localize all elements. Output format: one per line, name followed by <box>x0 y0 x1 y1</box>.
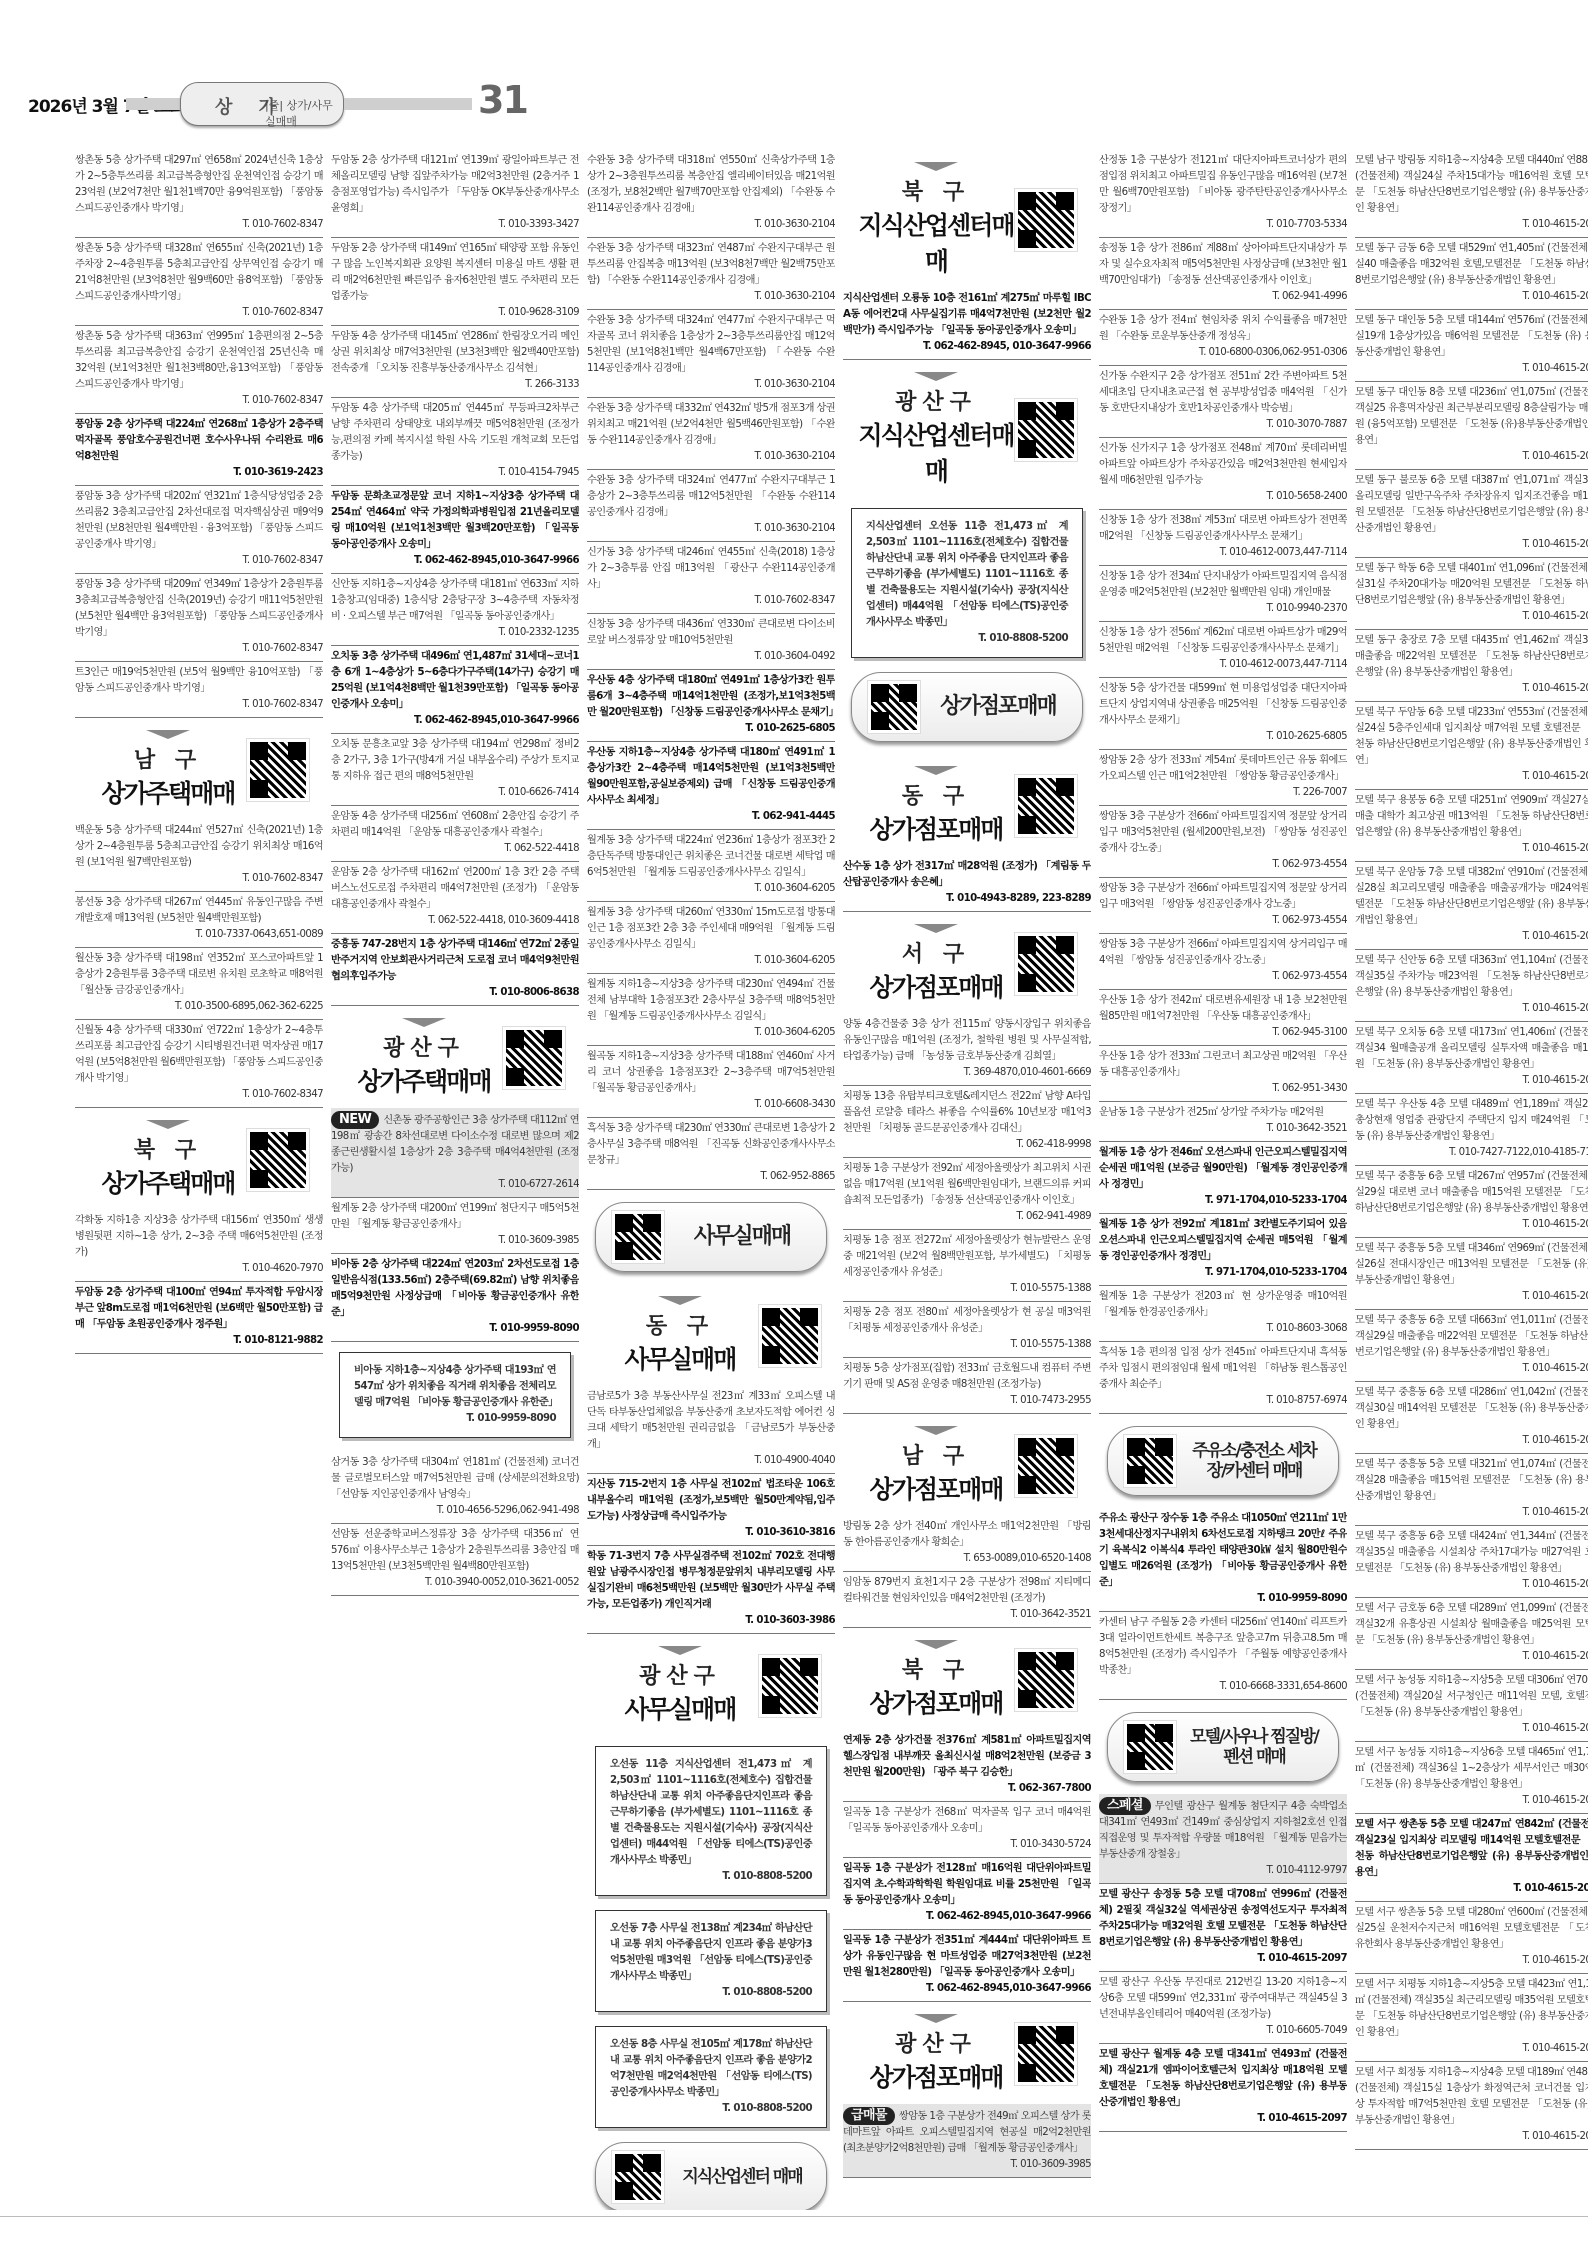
listing-phone: T. 010-3630-2104 <box>587 521 835 537</box>
listing-ad: 쌍촌동 5층 상가주택 대363㎡ 연995㎡ 1층편의점 2~5층투쓰리룸 최… <box>75 326 323 414</box>
listing-phone: T. 010-3609-3985 <box>331 1233 579 1249</box>
listing-phone: T. 010-4615-2097 <box>1355 1361 1588 1377</box>
listing-text: 두암동 2층 상가주택 대121㎡ 연139㎡ 광일아파트부근 전체올리모델링 … <box>331 155 579 214</box>
listing-text: 신창동 1층 상가 전56㎡ 계62㎡ 대로변 아파트상가 매29억5천만원 매… <box>1099 627 1347 654</box>
listing-ad: 쌍암동 3층 구분상가 전66㎡ 아파트밀집지역 정문앞 상거리입구 매3억5천… <box>1099 806 1347 878</box>
qr-code-icon[interactable] <box>247 739 309 801</box>
listing-phone: T. 062-522-4418, 010-3609-4418 <box>331 913 579 929</box>
category-name: 상가점포매매 <box>857 968 1015 1004</box>
listing-phone: T. 226-7007 <box>1099 785 1347 801</box>
listing-text: 모텔 북구 두암동 6층 모텔 대233㎡ 연553㎡ (건물전체) 객실24실… <box>1355 707 1588 766</box>
listing-ad: 운암동 2층 상가주택 대162㎡ 연200㎡ 1층 3칸 2층 주택 버스노선… <box>331 862 579 934</box>
down-arrow-icon <box>914 162 958 171</box>
district-name: 북 구 <box>89 1133 247 1164</box>
listing-ad: 두암동 4층 상가주택 대205㎡ 연445㎡ 무등파크2차부근 남향 주차편리… <box>331 398 579 486</box>
qr-code-icon[interactable] <box>1015 399 1077 461</box>
listing-phone: T. 653-0089,010-6520-1408 <box>843 1551 1091 1567</box>
listing-text: 모텔 서구 금호동 6층 모텔 대289㎡ 연1,099㎡ (건물전체) 객실3… <box>1355 1603 1588 1646</box>
listing-ad: 월계동 3층 상가주택 대224㎡ 연236㎡ 1층상가 점포3칸 2층단독주택… <box>587 830 835 902</box>
listing-text: 수완동 3층 상가주택 대324㎡ 연477㎡ 수완지구대부근 1층상가 2~3… <box>587 475 835 518</box>
listing-ad: 월계동 1층 구분상가 전203㎡ 현 상가운영중 매10억원 「월계동 한경공… <box>1099 1286 1347 1342</box>
listing-ad: 흑석동 1층 편의점 입점 상가 전45㎡ 아파트단지내 흑석동 주차 입점시 … <box>1099 1342 1347 1414</box>
qr-code-icon[interactable] <box>503 1027 565 1089</box>
listing-ad: 모텔 동구 충장로 7층 모텔 대435㎡ 연1,462㎡ 객실30실 매출좋음… <box>1355 630 1588 702</box>
listing-text: 선암동 선운중학교버스정류장 3층 상가주택 대356㎡ 연576㎡ 이용사무소… <box>331 1529 579 1572</box>
listing-phone: T. 010-4615-2097 <box>1355 1577 1588 1593</box>
listing-ad: 치평동 1층 구분상가 전92㎡ 세정아울렛상가 최고위치 시권없음 매17억원… <box>843 1158 1091 1230</box>
listing-text: 신가동 신가지구 1층 상가점포 전48㎡ 계70㎡ 롯데리버빌 아파트앞 아파… <box>1099 443 1347 486</box>
listing-ad: 두암동 4층 상가주택 대145㎡ 연286㎡ 한림장오거리 메인상권 위치최상… <box>331 326 579 398</box>
listing-text: 신창동 1층 상가 전38㎡ 계53㎡ 대로변 아파트상가 전면쪽 매2억원 「… <box>1099 515 1347 542</box>
listing-text: 운남동 1층 구분상가 전25㎡ 상가앞 주차가능 매2억원 <box>1099 1107 1324 1118</box>
listing-ad: 오선동 8층 사무실 전105㎡ 계178㎡ 하남산단내 교통 위치 아주좋음단… <box>595 2026 827 2128</box>
category-name: 상가주택매매 <box>89 774 247 810</box>
listing-phone: T. 062-973-4554 <box>1099 969 1347 985</box>
listing-phone: T. 010-4615-2097 <box>1355 2041 1588 2057</box>
listing-text: 쌍암동 3층 구분상가 전66㎡ 아파트밀집지역 상거리입구 매4억원 「쌍암동… <box>1099 939 1347 966</box>
listing-ad: 오선동 11층 지식산업센터 전1,473㎡ 계2,503㎡ 1101~1116… <box>595 1746 827 1896</box>
listing-text: 월계동 지하1층~지상3층 상가주택 대230㎡ 연494㎡ 건물전체 남부대학… <box>587 979 835 1022</box>
listing-text: 풍암동 2층 상가주택 대224㎡ 연268㎡ 1층상가 2층주택 먹자골목 풍… <box>75 419 323 462</box>
district-name: 북 구 <box>857 175 1015 206</box>
listing-ad: 일곡동 1층 구분상가 전68㎡ 먹자골목 입구 코너 매4억원 「일곡동 동아… <box>843 1802 1091 1858</box>
listing-phone: T. 010-8808-5200 <box>610 2101 812 2117</box>
listing-ad: 모텔 북구 중흥동 6층 모텔 대424㎡ 연1,344㎡ (건물전체) 객실3… <box>1355 1526 1588 1598</box>
listing-phone: T. 062-973-4554 <box>1099 913 1347 929</box>
listing-phone: T. 062-951-3430 <box>1099 1081 1347 1097</box>
listing-ad: 두암동 2층 상가주택 대149㎡ 연165㎡ 태양광 포함 유동인구 많음 노… <box>331 238 579 326</box>
listing-ad: 모텔 동구 금동 6층 모텔 대529㎡ 연1,405㎡ (건물전체) 객실40… <box>1355 238 1588 310</box>
district-name: 동 구 <box>601 1309 759 1340</box>
listing-phone: T. 010-8603-3068 <box>1099 1321 1347 1337</box>
listing-ad: 수완동 3층 상가주택 대324㎡ 연477㎡ 수완지구대부근 먹자골목 코너 … <box>587 310 835 398</box>
down-arrow-icon <box>658 1646 702 1655</box>
district-section-header: 광산구상가점포매매 <box>843 2002 1091 2104</box>
listing-phone: T. 062-462-8945,010-3647-9966 <box>331 553 579 569</box>
district-section-header: 남 구상가주택매매 <box>75 718 323 820</box>
down-arrow-icon <box>914 1426 958 1435</box>
listing-phone: T. 062-462-8945,010-3647-9966 <box>843 1909 1091 1925</box>
listing-ad: 산정동 1층 구분상가 전121㎡ 대단지아파트코너상가 편의점입점 위치최고 … <box>1099 150 1347 238</box>
listing-phone: T. 010-3609-3985 <box>843 2157 1091 2173</box>
listing-text: 주유소 광산구 장수동 1층 주유소 대1050㎡ 연211㎡ 1만3천세대산정… <box>1099 1513 1347 1588</box>
listing-text: 수완동 3층 상가주택 대332㎡ 연432㎡ 방5개 점포3개 상권 위치최고… <box>587 403 835 446</box>
listing-ad: 연제동 2층 상가건물 전376㎡ 계581㎡ 아파트밀집지역 헬스장입점 내부… <box>843 1730 1091 1802</box>
category-banner: 지식산업센터 매매 <box>595 2142 827 2210</box>
qr-code-icon[interactable] <box>247 1129 309 1191</box>
down-arrow-icon <box>146 730 190 739</box>
listing-text: 풍암동 3층 상가주택 대202㎡ 연321㎡ 1층식당성업중 2층쓰리룸2 3… <box>75 491 323 550</box>
listing-phone: T. 010-4615-2097 <box>1355 1073 1588 1089</box>
listing-phone: T. 971-1704,010-5233-1704 <box>1099 1265 1347 1281</box>
listing-ad: 비아동 지하1층~지상4층 상가주택 대193㎡ 연547㎡ 상가 위치좋음 직… <box>339 1352 571 1438</box>
listing-text: 방림동 2층 상가 전40㎡ 개인사무소 매1억2천만원 「방림동 한아름공인중… <box>843 1521 1091 1548</box>
district-section-header: 북 구지식산업센터매매 <box>843 150 1091 288</box>
listing-phone: T. 010-9959-8090 <box>354 1411 556 1427</box>
listing-text: 월산동 3층 상가주택 대198㎡ 연352㎡ 포스코아파트앞 1층상가 2층원… <box>75 953 323 996</box>
category-banner: 사무실매매 <box>595 1202 827 1272</box>
qr-code-icon[interactable] <box>1015 2023 1077 2085</box>
section-banner: 상 가 |줄| 상가/사무실매매 <box>180 82 344 126</box>
listing-phone: T. 010-3393-3427 <box>331 217 579 233</box>
listing-text: 모텔 서구 농성동 지하1층~지상6층 모텔 대465㎡ 연1,718㎡ (건물… <box>1355 1747 1588 1790</box>
listing-phone: T. 010-3630-2104 <box>587 377 835 393</box>
listing-ad: 신가동 3층 상가주택 대246㎡ 연455㎡ 신축(2018) 1층상가 2~… <box>587 542 835 614</box>
district-name: 서 구 <box>857 937 1015 968</box>
listing-phone: T. 010-4615-2097 <box>1355 289 1588 305</box>
listing-ad: 모텔 북구 중흥동 5층 모텔 대321㎡ 연1,074㎡ (건물전체) 객실2… <box>1355 1454 1588 1526</box>
listing-phone: T. 010-9940-2370 <box>1099 601 1347 617</box>
qr-code-icon[interactable] <box>1015 775 1077 837</box>
listing-phone: T. 010-4615-2097 <box>1355 361 1588 377</box>
listing-phone: T. 010-4656-5296,062-941-498 <box>331 1503 579 1519</box>
district-section-header: 광산구상가주택매매 <box>331 1006 579 1108</box>
listing-text: 모텔 동구 불로동 6층 모텔 대387㎡ 연1,071㎡ 객실32실 올리모델… <box>1355 475 1588 534</box>
listing-text: 신창동 5층 상가건물 대599㎡ 현 미용업성업중 대단지아파트단지 상업지역… <box>1099 683 1347 726</box>
listing-phone: T. 010-7337-0643,651-0089 <box>75 927 323 943</box>
listing-badge: 급매물 <box>843 2107 895 2125</box>
listing-ad: 우산동 지하1층~지상4층 상가주택 대180㎡ 연491㎡ 1층상가3칸 2~… <box>587 742 835 830</box>
listing-phone: T. 010-4612-0073,447-7114 <box>1099 545 1347 561</box>
listing-ad: 모텔 북구 두암동 6층 모텔 대233㎡ 연553㎡ (건물전체) 객실24실… <box>1355 702 1588 790</box>
category-name: 상가점포매매 <box>857 2058 1015 2094</box>
listing-text: 수완동 3층 상가주택 대324㎡ 연477㎡ 수완지구대부근 먹자골목 코너 … <box>587 315 835 374</box>
listing-ad: 오선동 7층 사무실 전138㎡ 계234㎡ 하남산단내 교통 위치 아주좋음단… <box>595 1910 827 2012</box>
qr-code-icon[interactable] <box>759 1655 821 1717</box>
listing-ad: 모텔 광산구 월계동 4층 모텔 대341㎡ 연493㎡ (건물전체) 객실21… <box>1099 2044 1347 2132</box>
listing-phone: T. 010-4615-2097 <box>1355 1721 1588 1737</box>
listing-ad: 오치동 3층 상가주택 대496㎡ 연1,487㎡ 31세대~코너1층 6개 1… <box>331 646 579 734</box>
listing-phone: T. 010-4615-2097 <box>1099 2111 1347 2127</box>
listing-text: 일곡동 1층 구분상가 전68㎡ 먹자골목 입구 코너 매4억원 「일곡동 동아… <box>843 1807 1091 1834</box>
down-arrow-icon <box>402 1018 446 1027</box>
listing-badge: 스페셜 <box>1099 1797 1151 1815</box>
listing-phone: T. 010-8808-5200 <box>610 1985 812 2001</box>
listing-phone: T. 010-4615-2097 <box>1355 449 1588 465</box>
listing-ad: 쌍암동 3층 구분상가 전66㎡ 아파트밀집지역 상거리입구 매4억원 「쌍암동… <box>1099 934 1347 990</box>
listing-text: 풍암동 3층 상가주택 대209㎡ 연349㎡ 1층상가 2층원투룸 3층최고급… <box>75 579 323 638</box>
listing-text: 삼거동 3층 상가주택 대304㎡ 연181㎡ (건물전체) 코너건물 글로벌모… <box>331 1457 579 1500</box>
qr-code-icon[interactable] <box>1124 1721 1176 1773</box>
listing-text: 모텔 서구 쌍촌동 5층 모텔 대247㎡ 연842㎡ (건물전체) 객실23실… <box>1355 1819 1588 1878</box>
listing-phone: T. 010-3604-0492 <box>587 649 835 665</box>
listing-ad: 금남로5가 3층 부동산사무실 전23㎡ 계33㎡ 오피스텔 내 단독 타부동산… <box>587 1386 835 1474</box>
listing-ad: 풍암동 3층 상가주택 대209㎡ 연349㎡ 1층상가 2층원투룸 3층최고급… <box>75 574 323 662</box>
listing-ad: 쌍암동 3층 구분상가 전66㎡ 아파트밀집지역 정문앞 상거리입구 매3억원 … <box>1099 878 1347 934</box>
listing-text: 오치동 문흥초교앞 3층 상가주택 대194㎡ 연298㎡ 정비2층 2가구, … <box>331 739 579 782</box>
listing-ad: 모텔 북구 중흥동 6층 모텔 대286㎡ 연1,042㎡ (건물전체) 객실3… <box>1355 1382 1588 1454</box>
category-banner-title: 모텔/사우나 찜질방/펜션 매매 <box>1186 1727 1322 1767</box>
listing-phone: T. 010-9959-8090 <box>331 1321 579 1337</box>
listing-ad: 모텔 광산구 우산동 무진대로 212번길 13-20 지하1층~지상6층 모텔… <box>1099 1972 1347 2044</box>
listing-phone: T. 062-522-4418 <box>331 841 579 857</box>
listing-ad: 두암동 2층 상가주택 대121㎡ 연139㎡ 광일아파트부근 전체올리모델링 … <box>331 150 579 238</box>
listing-phone: T. 010-7602-8347 <box>587 593 835 609</box>
listing-phone: T. 010-4943-8289, 223-8289 <box>843 891 1091 907</box>
listing-ad: 지산동 715-2번지 1층 사무실 전102㎡ 법조타운 106호 내부올수리… <box>587 1474 835 1546</box>
qr-code-icon[interactable] <box>612 2151 664 2203</box>
listing-ad: 모텔 광산구 송정동 5층 모텔 대708㎡ 연996㎡ (건물전체) 2필짗 … <box>1099 1884 1347 1972</box>
listing-text: 쌍촌동 5층 상가주택 대363㎡ 연995㎡ 1층편의점 2~5층투쓰리룸 최… <box>75 331 323 390</box>
listing-phone: T. 010-6626-7414 <box>331 785 579 801</box>
column-3: 수완동 3층 상가주택 대318㎡ 연550㎡ 신축상가주택 1층상가 2~3층… <box>587 150 835 2210</box>
listing-text: 모텔 광산구 우산동 무진대로 212번길 13-20 지하1층~지상6층 모텔… <box>1099 1977 1347 2020</box>
listing-phone: T. 010-6608-3430 <box>587 1097 835 1113</box>
listing-text: 쌍촌동 5층 상가주택 대328㎡ 연655㎡ 신축(2021년) 1층주차장 … <box>75 243 323 302</box>
listing-phone: T. 010-3630-2104 <box>587 289 835 305</box>
listing-text: 모텔 동구 대인동 8층 모텔 대236㎡ 연1,075㎡ (건물전체) 객실2… <box>1355 387 1588 446</box>
listing-text: 두암동 2층 상가주택 대149㎡ 연165㎡ 태양광 포함 유동인구 많음 노… <box>331 243 579 302</box>
category-name: 상가점포매매 <box>857 810 1015 846</box>
listing-ad: 운암동 4층 상가주택 대256㎡ 연608㎡ 2층안집 승강기 주차편리 매1… <box>331 806 579 862</box>
listing-text: 월계동 1층 구분상가 전203㎡ 현 상가운영중 매10억원 「월계동 한경공… <box>1099 1291 1347 1318</box>
listing-text: 연제동 2층 상가건물 전376㎡ 계581㎡ 아파트밀집지역 헬스장입점 내부… <box>843 1735 1091 1778</box>
category-name: 지식산업센터매매 <box>857 206 1015 278</box>
listing-phone: T. 010-4154-7945 <box>331 465 579 481</box>
down-arrow-icon <box>914 924 958 933</box>
listing-ad: 트3인근 매19억5천만원 (보5억 월9백만 융10억포함) 「풍암동 스피드… <box>75 662 323 718</box>
listing-text: 오선동 8층 사무실 전105㎡ 계178㎡ 하남산단내 교통 위치 아주좋음단… <box>610 2039 812 2098</box>
listing-text: 일곡동 1층 구분상가 전351㎡ 계444㎡ 대단위아파트 트상가 유동인구많… <box>843 1935 1091 1978</box>
listing-ad: 운남동 1층 구분상가 전25㎡ 상가앞 주차가능 매2억원T. 010-364… <box>1099 1102 1347 1142</box>
listing-ad: 급매물쌍암동 1층 구분상가 전49㎡ 오피스텔 상가 롯데마트앞 아파트 오피… <box>843 2104 1091 2178</box>
listing-phone: T. 010-7703-5334 <box>1099 217 1347 233</box>
listing-text: 모텔 북구 우산동 4층 모텔 대489㎡ 연1,189㎡ 객실28실 총상현재… <box>1355 1099 1588 1142</box>
column-2: 두암동 2층 상가주택 대121㎡ 연139㎡ 광일아파트부근 전체올리모델링 … <box>331 150 579 2210</box>
listing-text: 월계동 2층 상가주택 대200㎡ 연199㎡ 첨단지구 매5억5천만원 「월계… <box>331 1203 579 1230</box>
listing-phone: T. 010-4615-2097 <box>1099 1951 1347 1967</box>
listing-phone: T. 010-4615-2097 <box>1355 2129 1588 2145</box>
district-section-header: 서 구상가점포매매 <box>843 912 1091 1014</box>
category-banner-title: 사무실매매 <box>674 1225 810 1249</box>
listing-phone: T. 010-6800-0306,062-951-0306 <box>1099 345 1347 361</box>
listing-phone: T. 010-7602-8347 <box>75 393 323 409</box>
listing-ad: 신월동 4층 상가주택 대330㎡ 연722㎡ 1층상가 2~4층투쓰리포룸 최… <box>75 1020 323 1108</box>
listing-phone: T. 010-4615-2097 <box>1355 681 1588 697</box>
listing-phone: T. 010-2625-6805 <box>1099 729 1347 745</box>
listing-text: 모텔 서구 치평동 지하1층~지상5층 모텔 대423㎡ 연1,198㎡ (건물… <box>1355 1979 1588 2038</box>
listing-text: 백운동 5층 상가주택 대244㎡ 연527㎡ 신축(2021년) 1층상가 2… <box>75 825 323 868</box>
listing-phone: T. 010-5575-1388 <box>843 1337 1091 1353</box>
listing-ad: 월계동 1층 상가 전46㎡ 오션스파내 인근오피스텔밀집지역 순세권 매1억원… <box>1099 1142 1347 1214</box>
listing-text: 모텔 북구 오치동 6층 모텔 대173㎡ 연1,406㎡ (건물전체) 객실3… <box>1355 1027 1588 1070</box>
listing-text: 모텔 북구 중흥동 5층 모텔 대346㎡ 연969㎡ (건물전체) 객실26실… <box>1355 1243 1588 1286</box>
listing-text: 모텔 남구 방림동 지하1층~지상4층 모텔 대440㎡ 연881㎡ (건물전체… <box>1355 155 1588 214</box>
qr-code-icon[interactable] <box>868 681 920 733</box>
listing-phone: T. 010-7602-8347 <box>75 305 323 321</box>
listing-text: 신가동 수완지구 2층 상가점포 전51㎡ 2칸 주변아파트 5천세대초입 단지… <box>1099 371 1347 414</box>
listing-text: 양동 4층건물중 3층 상가 전115㎡ 양동시장입구 위치좋음 유동인구많음 … <box>843 1019 1091 1062</box>
listing-text: 신가동 3층 상가주택 대246㎡ 연455㎡ 신축(2018) 1층상가 2~… <box>587 547 835 590</box>
listing-text: 두암동 4층 상가주택 대145㎡ 연286㎡ 한림장오거리 메인상권 위치최상… <box>331 331 579 374</box>
listing-phone: T. 010-8006-8638 <box>331 985 579 1001</box>
listing-ad: 지식산업센터 오룡동 10층 전161㎡ 계275㎡ 마루힐 IBC A동 에어… <box>843 288 1091 360</box>
listing-ad: 오치동 문흥초교앞 3층 상가주택 대194㎡ 연298㎡ 정비2층 2가구, … <box>331 734 579 806</box>
qr-code-icon[interactable] <box>1015 933 1077 995</box>
listing-ad: 쌍촌동 5층 상가주택 대328㎡ 연655㎡ 신축(2021년) 1층주차장 … <box>75 238 323 326</box>
listing-ad: 모텔 서구 치평동 지하1층~지상5층 모텔 대423㎡ 연1,198㎡ (건물… <box>1355 1974 1588 2062</box>
listing-ad: 모텔 서구 쌍촌동 5층 모텔 대247㎡ 연842㎡ (건물전체) 객실23실… <box>1355 1814 1588 1902</box>
listing-ad: 산수동 1층 상가 전317㎡ 매28억원 (조정가) 「계림동 두산탑공인중개… <box>843 856 1091 912</box>
listing-ad: 풍암동 3층 상가주택 대202㎡ 연321㎡ 1층식당성업중 2층쓰리룸2 3… <box>75 486 323 574</box>
listing-phone: T. 010-7602-8347 <box>75 1087 323 1103</box>
column-1: 쌍촌동 5층 상가주택 대297㎡ 연658㎡ 2024년신축 1층상가 2~5… <box>75 150 323 2210</box>
listing-ad: 카센터 남구 주월동 2층 카센터 대256㎡ 연140㎡ 리프트카3대 얼라이… <box>1099 1612 1347 1700</box>
listing-text: 모텔 동구 대인동 5층 모텔 대144㎡ 연576㎡ (건물전체) 객실19개… <box>1355 315 1588 358</box>
listing-ad: 학동 71-3번지 7층 사무실겸주택 전102㎡ 702호 전대행원앞 남광주… <box>587 1546 835 1634</box>
category-banner: 주유소/충전소 세차장/카센터 매매 <box>1107 1426 1339 1496</box>
classified-columns: 쌍촌동 5층 상가주택 대297㎡ 연658㎡ 2024년신축 1층상가 2~5… <box>75 150 1585 2210</box>
listing-text: 신안동 지하1층~지상4층 상가주택 대181㎡ 연633㎡ 지하1층창고(임대… <box>331 579 579 622</box>
qr-code-icon[interactable] <box>1015 189 1077 251</box>
listing-ad: 모텔 동구 대인동 5층 모텔 대144㎡ 연576㎡ (건물전체) 객실19개… <box>1355 310 1588 382</box>
footer-rule <box>0 2216 1588 2217</box>
listing-ad: 지식산업센터 오선동 11층 전1,473㎡ 계2,503㎡ 1101~1116… <box>851 508 1083 658</box>
listing-phone: T. 010-4615-2097 <box>1355 1289 1588 1305</box>
listing-phone: T. 062-462-8945,010-3647-9966 <box>331 713 579 729</box>
listing-phone: T. 010-3430-5724 <box>843 1837 1091 1853</box>
listing-ad: 모텔 북구 중흥동 6층 모텔 대663㎡ 연1,011㎡ (건물전체) 객실2… <box>1355 1310 1588 1382</box>
listing-text: 흑석동 3층 상가주택 대230㎡ 연330㎡ 큰대로변 1층상가 2층사무실 … <box>587 1123 835 1166</box>
listing-phone: T. 010-7602-8347 <box>75 553 323 569</box>
listing-text: 신창동 3층 상가주택 대436㎡ 연330㎡ 큰대로변 다이소비로앞 버스정류… <box>587 619 835 646</box>
listing-text: 모텔 북구 중흥동 6층 모텔 대267㎡ 연957㎡ (건물전체) 객실29실… <box>1355 1171 1588 1214</box>
listing-phone: T. 010-4620-7970 <box>75 1261 323 1277</box>
listing-phone: T. 010-4112-9797 <box>1099 1863 1347 1879</box>
listing-phone: T. 010-3619-2423 <box>75 465 323 481</box>
listing-phone: T. 010-3940-0052,010-3621-0052 <box>331 1575 579 1591</box>
listing-ad: 양동 4층건물중 3층 상가 전115㎡ 양동시장입구 위치좋음 유동인구많음 … <box>843 1014 1091 1086</box>
page-number: 31 <box>478 78 527 122</box>
listing-text: 수완동 3층 상가주택 대318㎡ 연550㎡ 신축상가주택 1층상가 2~3층… <box>587 155 835 214</box>
masthead: 2026년 3월 7일 토요일 제9701호 상 가 |줄| 상가/사무실매매 … <box>0 82 1588 132</box>
listing-text: 모텔 북구 중흥동 6층 모텔 대424㎡ 연1,344㎡ (건물전체) 객실3… <box>1355 1531 1588 1574</box>
listing-text: 오치동 3층 상가주택 대496㎡ 연1,487㎡ 31세대~코너1층 6개 1… <box>331 651 579 710</box>
listing-ad: 신가동 신가지구 1층 상가점포 전48㎡ 계70㎡ 롯데리버빌 아파트앞 아파… <box>1099 438 1347 510</box>
listing-ad: 신창동 1층 상가 전38㎡ 계53㎡ 대로변 아파트상가 전면쪽 매2억원 「… <box>1099 510 1347 566</box>
listing-phone: T. 062-367-7800 <box>843 1781 1091 1797</box>
listing-phone: T. 010-4615-2097 <box>1355 929 1588 945</box>
listing-phone: T. 010-4615-2097 <box>1355 1433 1588 1449</box>
listing-ad: 신창동 3층 상가주택 대436㎡ 연330㎡ 큰대로변 다이소비로앞 버스정류… <box>587 614 835 670</box>
qr-code-icon[interactable] <box>612 1211 664 1263</box>
listing-ad: 모텔 북구 우산동 4층 모텔 대489㎡ 연1,189㎡ 객실28실 총상현재… <box>1355 1094 1588 1166</box>
listing-text: 월계동 1층 상가 전92㎡ 계181㎡ 3칸별도주기되어 있음 오션스파내 인… <box>1099 1219 1347 1262</box>
category-name: 지식산업센터매매 <box>857 416 1015 488</box>
listing-ad: 월계동 1층 상가 전92㎡ 계181㎡ 3칸별도주기되어 있음 오션스파내 인… <box>1099 1214 1347 1286</box>
category-name: 사무실매매 <box>601 1340 759 1376</box>
qr-code-icon[interactable] <box>1124 1435 1176 1487</box>
listing-text: 학동 71-3번지 7층 사무실겸주택 전102㎡ 702호 전대행원앞 남광주… <box>587 1551 835 1610</box>
listing-ad: 모텔 서구 금호동 6층 모텔 대289㎡ 연1,099㎡ (건물전체) 객실3… <box>1355 1598 1588 1670</box>
listing-phone: T. 010-2625-6805 <box>587 721 835 737</box>
listing-phone: T. 010-3630-2104 <box>587 217 835 233</box>
district-name: 남 구 <box>857 1439 1015 1470</box>
listing-ad: 모텔 동구 대인동 8층 모텔 대236㎡ 연1,075㎡ (건물전체) 객실2… <box>1355 382 1588 470</box>
listing-text: 송정동 1층 상가 전86㎡ 계88㎡ 상아아파트단지내상가 투자 및 실수요자… <box>1099 243 1347 286</box>
listing-ad: 두암동 2층 상가주택 대100㎡ 연94㎡ 투자적합 두암시장부근 앞8m도로… <box>75 1282 323 1354</box>
listing-ad: 월곡동 지하1층~지상3층 상가주택 대188㎡ 연460㎡ 사거리 코너 상권… <box>587 1046 835 1118</box>
listing-text: 운암동 2층 상가주택 대162㎡ 연200㎡ 1층 3칸 2층 주택 버스노선… <box>331 867 579 910</box>
listing-ad: 치평동 13층 유탑부티크호텔&레지던스 전22㎡ 남향 A타입 풀옵션 로얄층… <box>843 1086 1091 1158</box>
listing-text: 월계동 1층 상가 전46㎡ 오션스파내 인근오피스텔밀집지역 순세권 매1억원… <box>1099 1147 1347 1190</box>
listing-ad: 모텔 동구 학동 6층 모텔 대401㎡ 연1,096㎡ (건물전체) 객실31… <box>1355 558 1588 630</box>
listing-phone: T. 010-6727-2614 <box>331 1177 579 1193</box>
listing-ad: 모텔 북구 신안동 6층 모텔 대363㎡ 연1,104㎡ (건물전체) 객실3… <box>1355 950 1588 1022</box>
listing-text: 모텔 북구 신안동 6층 모텔 대363㎡ 연1,104㎡ (건물전체) 객실3… <box>1355 955 1588 998</box>
listing-text: 비아동 지하1층~지상4층 상가주택 대193㎡ 연547㎡ 상가 위치좋음 직… <box>354 1365 558 1408</box>
listing-phone: T. 010-3642-3521 <box>1099 1121 1347 1137</box>
listing-text: 모텔 동구 금동 6층 모텔 대529㎡ 연1,405㎡ (건물전체) 객실40… <box>1355 243 1588 286</box>
listing-phone: T. 010-9959-8090 <box>1099 1591 1347 1607</box>
listing-text: 모텔 서구 농성동 지하1층~지상5층 모텔 대306㎡ 연700㎡ (건물전체… <box>1355 1675 1588 1718</box>
listing-phone: T. 010-4615-2097 <box>1355 841 1588 857</box>
district-section-header: 북 구상가점포매매 <box>843 1628 1091 1730</box>
listing-text: 우산동 4층 상가주택 대180㎡ 연491㎡ 1층상가3칸 원투룸6개 3~4… <box>587 675 835 718</box>
listing-ad: 모텔 서구 회정동 지하1층~지상4층 모텔 대189㎡ 연487㎡ (건물전체… <box>1355 2062 1588 2150</box>
listing-ad: 모텔 북구 용봉동 6층 모텔 대251㎡ 연909㎡ 객실27실 월매출 대학… <box>1355 790 1588 862</box>
listing-ad: 치평동 2층 점포 전80㎡ 세정아울렛상가 현 공실 매3억원 「치평동 세정… <box>843 1302 1091 1358</box>
district-section-header: 광산구사무실매매 <box>587 1634 835 1736</box>
listing-phone: T. 010-4900-4040 <box>587 1453 835 1469</box>
qr-code-icon[interactable] <box>759 1305 821 1367</box>
listing-text: 지산동 715-2번지 1층 사무실 전102㎡ 법조타운 106호 내부올수리… <box>587 1479 835 1522</box>
listing-ad: 임암동 879번지 효천1지구 2층 구분상가 전98㎡ 지티메디컬타워건물 현… <box>843 1572 1091 1628</box>
column-6: 모텔 남구 방림동 지하1층~지상4층 모텔 대440㎡ 연881㎡ (건물전체… <box>1355 150 1588 2210</box>
qr-code-icon[interactable] <box>1015 1435 1077 1497</box>
district-name: 광산구 <box>857 2027 1015 2058</box>
listing-phone: T. 010-8757-6974 <box>1099 1393 1347 1409</box>
listing-ad: 신창동 1층 상가 전56㎡ 계62㎡ 대로변 아파트상가 매29억5천만원 매… <box>1099 622 1347 678</box>
listing-phone: T. 010-4615-2097 <box>1355 1953 1588 1969</box>
listing-text: 모텔 서구 쌍촌동 5층 모텔 대280㎡ 연600㎡ (건물전체) 객실25실… <box>1355 1907 1588 1950</box>
listing-ad: NEW신촌동 광주공항인근 3층 상가주택 대112㎡ 연198㎡ 광송간 8차… <box>331 1108 579 1198</box>
listing-text: 우산동 지하1층~지상4층 상가주택 대180㎡ 연491㎡ 1층상가3칸 2~… <box>587 747 835 806</box>
listing-ad: 각화동 지하1층 지상3층 상가주택 대156㎡ 연350㎡ 생생병원뒷편 지하… <box>75 1210 323 1282</box>
listing-phone: T. 010-7602-8347 <box>75 697 323 713</box>
listing-text: 신월동 4층 상가주택 대330㎡ 연722㎡ 1층상가 2~4층투쓰리포룸 최… <box>75 1025 323 1084</box>
listing-phone: T. 010-7473-2955 <box>843 1393 1091 1409</box>
listing-phone: T. 010-4615-2097 <box>1355 1505 1588 1521</box>
masthead-rule-right <box>344 98 472 110</box>
listing-ad: 신창동 1층 상가 전34㎡ 단지내상가 아파트밀집지역 음식점운영중 매2억5… <box>1099 566 1347 622</box>
listing-phone: T. 062-952-8865 <box>587 1169 835 1185</box>
listing-text: 봉선동 3층 상가주택 대267㎡ 연445㎡ 유동인구많음 주변개발호재 매1… <box>75 897 323 924</box>
listing-ad: 흑석동 3층 상가주택 대230㎡ 연330㎡ 큰대로변 1층상가 2층사무실 … <box>587 1118 835 1190</box>
listing-text: 수완동 3층 상가주택 대323㎡ 연487㎡ 수완지구대부근 원투쓰리룸 안집… <box>587 243 835 286</box>
listing-ad: 치평동 5층 상가점포(집합) 전33㎡ 금호월드내 컴퓨터 주변기기 판매 및… <box>843 1358 1091 1414</box>
listing-text: 치평동 1층 점포 전272㎡ 세정아울렛상가 현뉴발란스 운영중 매21억원 … <box>843 1235 1091 1278</box>
category-banner: 상가점포매매 <box>851 672 1083 742</box>
listing-phone: T. 010-4615-2097 <box>1355 769 1588 785</box>
listing-ad: 모텔 북구 오치동 6층 모텔 대173㎡ 연1,406㎡ (건물전체) 객실3… <box>1355 1022 1588 1094</box>
listing-text: 모텔 광산구 송정동 5층 모텔 대708㎡ 연996㎡ (건물전체) 2필짗 … <box>1099 1889 1347 1948</box>
qr-code-icon[interactable] <box>1015 1649 1077 1711</box>
listing-phone: T. 010-7602-8347 <box>75 217 323 233</box>
listing-ad: 신가동 수완지구 2층 상가점포 전51㎡ 2칸 주변아파트 5천세대초입 단지… <box>1099 366 1347 438</box>
listing-phone: T. 010-3604-6205 <box>587 953 835 969</box>
listing-text: 산정동 1층 구분상가 전121㎡ 대단지아파트코너상가 편의점입점 위치최고 … <box>1099 155 1347 214</box>
listing-phone: T. 062-941-4445 <box>587 809 835 825</box>
listing-ad: 우산동 1층 상가 전33㎡ 그린코너 최고상권 매2억원 「우산동 대흥공인중… <box>1099 1046 1347 1102</box>
listing-phone: T. 010-6668-3331,654-8600 <box>1099 1679 1347 1695</box>
listing-ad: 월계동 2층 상가주택 대200㎡ 연199㎡ 첨단지구 매5억5천만원 「월계… <box>331 1198 579 1254</box>
listing-text: 운암동 4층 상가주택 대256㎡ 연608㎡ 2층안집 승강기 주차편리 매1… <box>331 811 579 838</box>
masthead-rule-left <box>126 98 181 110</box>
listing-ad: 중흥동 747-28번지 1층 상가주택 대146㎡ 연72㎡ 2종일반주거지역… <box>331 934 579 1006</box>
category-banner-title: 지식산업센터 매매 <box>674 2167 810 2187</box>
listing-phone: T. 010-4615-2097 <box>1355 609 1588 625</box>
